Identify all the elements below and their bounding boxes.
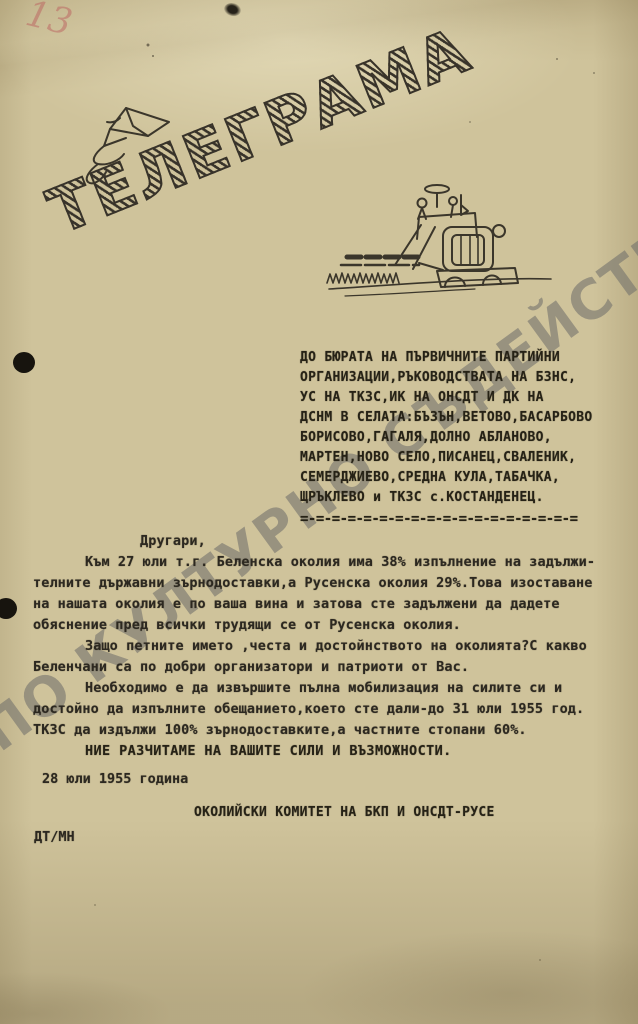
- text-line: СЕМЕРДЖИЕВО,СРЕДНА КУЛА,ТАБАЧКА,: [300, 468, 610, 488]
- text-line: Защо петните името ,честа и достойнствот…: [33, 636, 613, 657]
- address-underline: =-=-=-=-=-=-=-=-=-=-=-=-=-=-=-=-=-=: [300, 509, 610, 529]
- text-line: ТКЗС да издължи 100% зърнодоставките,а ч…: [33, 720, 613, 741]
- flying-telegram-flag-icon: [76, 102, 180, 192]
- text-line: телните държавни зърнодоставки,а Русенск…: [33, 573, 613, 594]
- text-line: ОРГАНИЗАЦИИ,РЪКОВОДСТВАТА НА БЗНС,: [300, 368, 610, 388]
- handwritten-archive-number: 13: [22, 0, 76, 44]
- ink-smudge: [222, 0, 242, 18]
- text-line: УС НА ТКЗС,ИК НА ОНСДТ И ДК НА: [300, 388, 610, 408]
- hole-punch-mark: [13, 352, 35, 373]
- salutation: Другари,: [33, 531, 613, 552]
- text-line: БОРИСОВО,ГАГАЛЯ,ДОЛНО АБЛАНОВО,: [300, 428, 610, 448]
- telegram-document-page: ИТ ПО КУЛТУРНО СЪДЕЙСТВО - Ру 13 ТЕЛЕГРА…: [0, 0, 638, 1024]
- combine-harvester-sketch: [325, 175, 555, 303]
- address-lines: ДО БЮРАТА НА ПЪРВИЧНИТЕ ПАРТИЙНИОРГАНИЗА…: [300, 348, 610, 508]
- hole-punch-mark: [0, 598, 17, 619]
- date-line: 28 юли 1955 година: [42, 771, 188, 787]
- text-line: ЩРЪКЛЕВО и ТКЗС с.КОСТАНДЕНЕЦ.: [300, 488, 610, 508]
- typist-initials: ДТ/МН: [34, 829, 75, 845]
- text-line: обяснение пред всички трудящи се от Русе…: [33, 615, 613, 636]
- text-line: ДО БЮРАТА НА ПЪРВИЧНИТЕ ПАРТИЙНИ: [300, 348, 610, 368]
- text-line: ДСНМ В СЕЛАТА:БЪЗЪН,ВЕТОВО,БАСАРБОВО: [300, 408, 610, 428]
- body-paragraphs: Към 27 юли т.г. Беленска околия има 38% …: [33, 552, 613, 741]
- text-line: Към 27 юли т.г. Беленска околия има 38% …: [33, 552, 613, 573]
- telegram-body: Другари, Към 27 юли т.г. Беленска околия…: [33, 531, 613, 762]
- signature-line: ОКОЛИЙСКИ КОМИТЕТ НА БКП И ОНСДТ-РУСЕ: [194, 805, 495, 820]
- text-line: Необходимо е да извършите пълна мобилиза…: [33, 678, 613, 699]
- text-line: Беленчани са по добри организатори и пат…: [33, 657, 613, 678]
- text-line: достойно да изпълните обещанието,което с…: [33, 699, 613, 720]
- text-line: МАРТЕН,НОВО СЕЛО,ПИСАНЕЦ,СВАЛЕНИК,: [300, 448, 610, 468]
- address-block: ДО БЮРАТА НА ПЪРВИЧНИТЕ ПАРТИЙНИОРГАНИЗА…: [300, 348, 610, 529]
- text-line: на нашата околия е по ваша вина и затова…: [33, 594, 613, 615]
- closing-line: НИЕ РАЗЧИТАМЕ НА ВАШИТЕ СИЛИ И ВЪЗМОЖНОС…: [33, 741, 613, 762]
